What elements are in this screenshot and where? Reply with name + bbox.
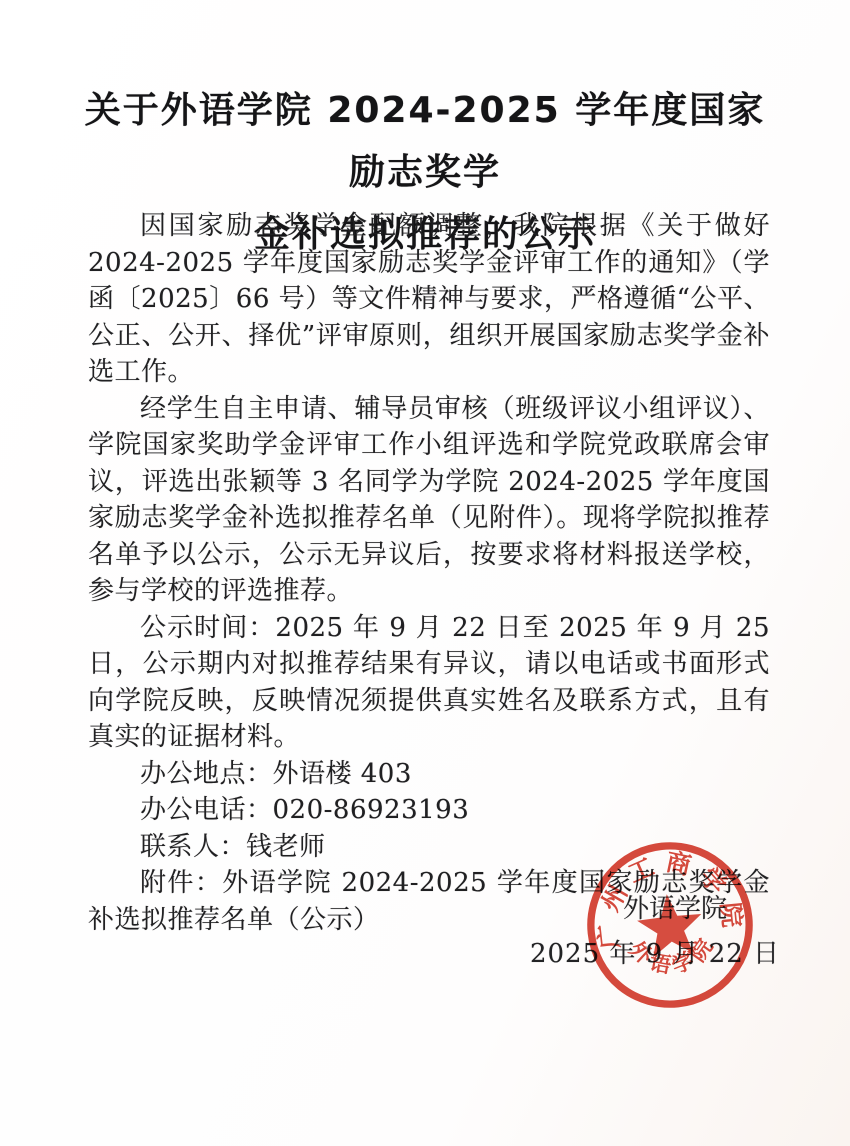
official-seal: 广州工商学院 外语学院 xyxy=(575,830,764,1019)
paragraph-selection-process: 经学生自主申请、辅导员审核（班级评议小组评议）、学院国家奖助学金评审工作小组评选… xyxy=(88,391,770,610)
paragraph-basis: 因国家励志奖学金配额调整，我院根据《关于做好 2024-2025 学年度国家励志… xyxy=(88,208,770,391)
document-body: 因国家励志奖学金配额调整，我院根据《关于做好 2024-2025 学年度国家励志… xyxy=(88,208,770,938)
office-phone-line: 办公电话：020-86923193 xyxy=(88,792,770,829)
office-location-line: 办公地点：外语楼 403 xyxy=(88,756,770,793)
scanned-notice-page: 关于外语学院 2024-2025 学年度国家励志奖学 金补选拟推荐的公示 因国家… xyxy=(0,0,850,1146)
title-line-1: 关于外语学院 2024-2025 学年度国家励志奖学 xyxy=(70,80,780,204)
paragraph-publicity-period: 公示时间：2025 年 9 月 22 日至 2025 年 9 月 25 日，公示… xyxy=(88,610,770,756)
